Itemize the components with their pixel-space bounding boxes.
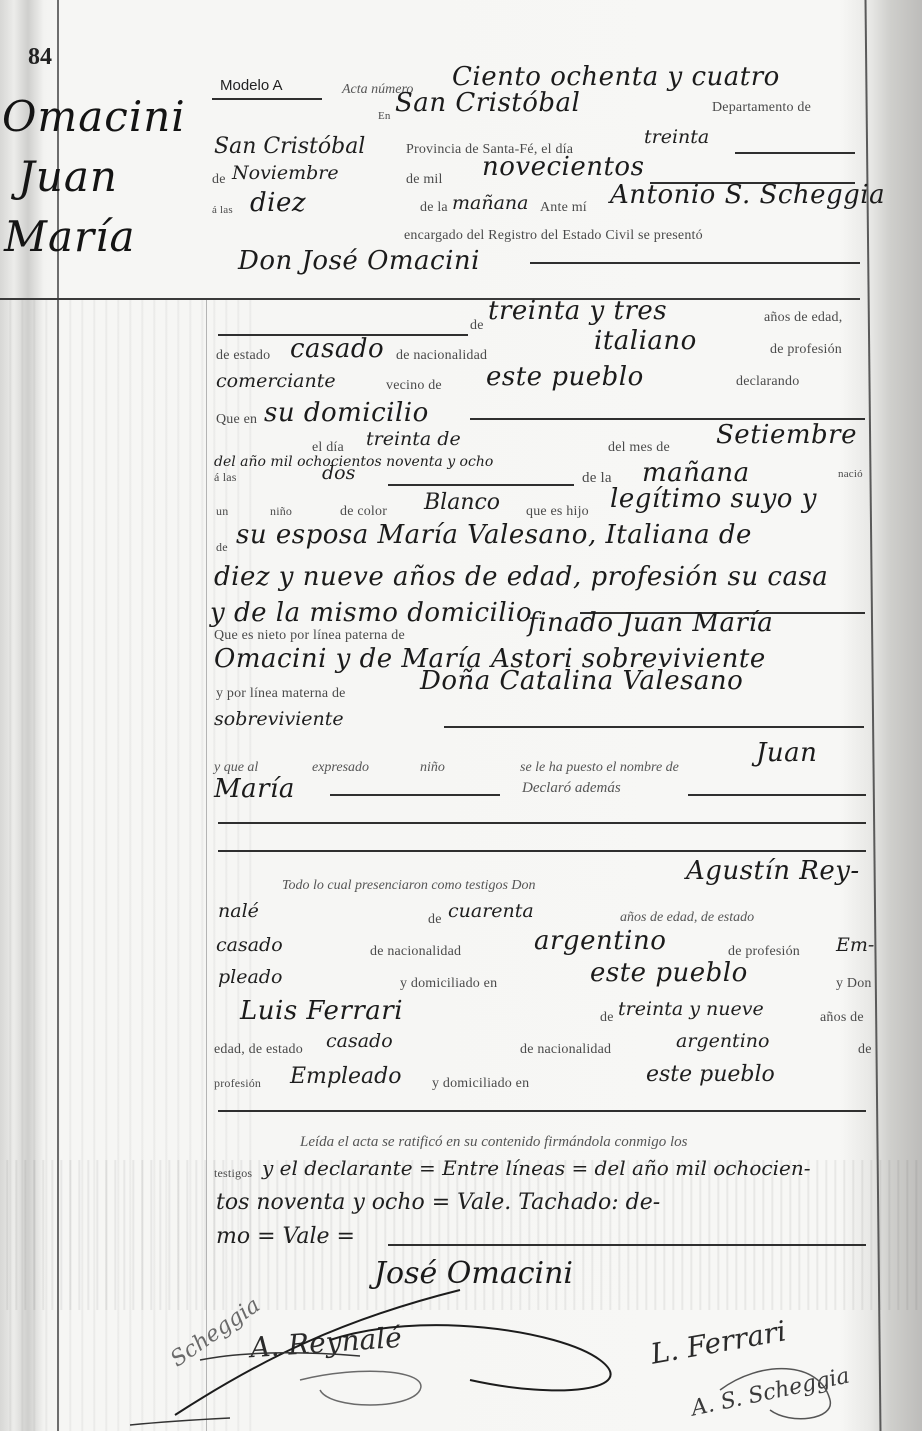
margin-given-name-2: María [4,212,136,261]
color-value: Blanco [424,490,500,515]
nino-label: niño [270,504,292,519]
declarant-underline [530,262,860,264]
paterna-line-1: finado Juan María [528,608,773,638]
profesion-label: de profesión [770,342,842,358]
paterna-label: Que es nieto por línea paterna de [214,628,405,644]
witness-2-nac: argentino [676,1030,769,1052]
official-name: Antonio S. Scheggia [610,180,885,210]
declarant-name: Don José Omacini [238,246,480,276]
declarando-label: declarando [736,374,799,390]
mother-line-1: su esposa María Valesano, Italiana de [236,520,752,550]
name-label-b: expresado [312,760,369,776]
month-value: Noviembre [232,162,339,184]
lugar-value: su domicilio [264,398,429,428]
closing-note-line-2: tos noventa y ocho = Vale. Tachado: de- [216,1190,660,1215]
place-name: San Cristóbal [395,88,580,118]
closing-text: Leída el acta se ratificó en su contenid… [300,1134,687,1151]
estado-value: casado [290,334,384,364]
witness-1-name-a: Agustín Rey- [686,856,860,886]
witness-1-age-label: de [428,912,442,928]
estado-label: de estado [216,348,270,364]
folio-number: 84 [28,44,52,71]
declaro-label: Declaró además [522,780,621,797]
signature-flourishes [0,1250,922,1431]
mother-line-3: y de la mismo domicilio [210,598,532,628]
witness-2-age-suffix: años de [820,1010,864,1026]
tiempo-label: de la [420,200,448,216]
nacio-label: nació [838,468,863,480]
witness-2-prof-label-a: de [858,1042,872,1058]
year-value: novecientos [482,152,644,182]
materna-line-2: sobreviviente [214,708,344,730]
witness-1-prof-a: Em- [836,934,874,956]
scanned-document-page: 84 Modelo A Omacini Juan María Acta núme… [0,0,922,1431]
witness-2-estado-label: edad, de estado [214,1042,303,1058]
blank-line-2 [218,850,866,852]
encargado-label: encargado del Registro del Estado Civil … [404,228,703,244]
name-label-d: se le ha puesto el nombre de [520,760,679,776]
declaro-underline [688,794,866,796]
materna-underline [444,726,864,728]
un-label: un [216,504,228,519]
nacionalidad-label: de nacionalidad [396,348,487,364]
hora-label: á las [212,204,233,216]
mother-de-label: de [216,540,228,555]
name-label-c: niño [420,760,445,776]
que-en-label: Que en [216,412,257,428]
hijo-label: que es hijo [526,504,589,520]
witness-1-nac-label: de nacionalidad [370,944,461,960]
witness-1-name-b: nalé [218,900,259,922]
closing-note-line-1: y el declarante = Entre líneas = del año… [262,1156,811,1180]
vecino-label: vecino de [386,378,442,394]
day-value: treinta [644,126,709,148]
nacionalidad-value: italiano [594,326,697,356]
birth-month-label: del mes de [608,440,670,456]
en-label: En [378,110,391,122]
y-don-label: y Don [836,976,872,992]
witness-2-nac-label: de nacionalidad [520,1042,611,1058]
witness-1-nac: argentino [534,926,666,956]
materna-label: y por línea materna de [216,686,346,702]
margin-given-name-1: Juan [18,152,118,201]
hour-value: diez [250,188,306,218]
age-label: de [470,318,484,334]
birth-hour-value: dos [322,462,355,484]
witness-1-dom-label: y domiciliado en [400,976,497,992]
given-name-1: Juan [756,738,817,768]
witness-2-prof: Empleado [290,1064,402,1089]
witness-1-estado: casado [216,934,283,956]
ante-label: Ante mí [540,200,587,216]
departamento-label: Departamento de [712,100,811,116]
closing-underline [388,1244,866,1246]
witness-intro: Todo lo cual presenciaron como testigos … [282,878,536,894]
witness-2-dom-label: y domiciliado en [432,1076,529,1092]
birth-day-value: treinta de [366,428,461,450]
birth-tiempo-label: de la [582,470,612,487]
blank-line-1 [218,822,866,824]
witness-1-prof-b: pleado [218,966,282,988]
hijo-tipo-value: legítimo suyo y [610,484,817,514]
mes-label: de [212,172,226,188]
section-divider-2 [218,1110,866,1112]
birth-hour-underline [388,484,574,486]
vecino-value: este pueblo [486,362,644,392]
right-margin-line [865,0,882,1431]
mother-line-2: diez y nueve años de edad, profesión su … [214,562,828,592]
departamento-value: San Cristóbal [214,134,365,159]
day-underline [735,152,855,154]
section-divider-1 [0,298,860,300]
witness-1-age-suffix: años de edad, de estado [620,910,754,926]
age-value: treinta y tres [488,296,667,326]
birth-hour-label: á las [214,470,237,485]
witness-2-dom: este pueblo [646,1062,775,1087]
profesion-value: comerciante [216,370,336,392]
materna-line-1: Doña Catalina Valesano [420,666,743,696]
given-name-2: María [214,774,295,804]
witness-2-estado: casado [326,1030,393,1052]
witness-2-prof-label-b: profesión [214,1076,261,1091]
witness-2-age-label: de [600,1010,614,1026]
witness-2-age: treinta y nueve [618,998,764,1020]
year-label: de mil [406,172,443,188]
form-model-label: Modelo A [220,77,283,94]
age-suffix: años de edad, [764,310,842,326]
witness-1-dom: este pueblo [590,958,748,988]
tiempo-value: mañana [452,192,528,214]
margin-surname: Omacini [2,92,186,141]
witness-1-age: cuarenta [448,900,534,922]
form-model-underline [212,98,322,100]
testigos-label: testigos [214,1166,252,1181]
color-label: de color [340,504,387,520]
closing-note-line-3: mo = Vale = [216,1224,355,1249]
birth-month-value: Setiembre [716,420,857,450]
given-name-underline [330,794,500,796]
witness-2-name: Luis Ferrari [240,996,403,1026]
